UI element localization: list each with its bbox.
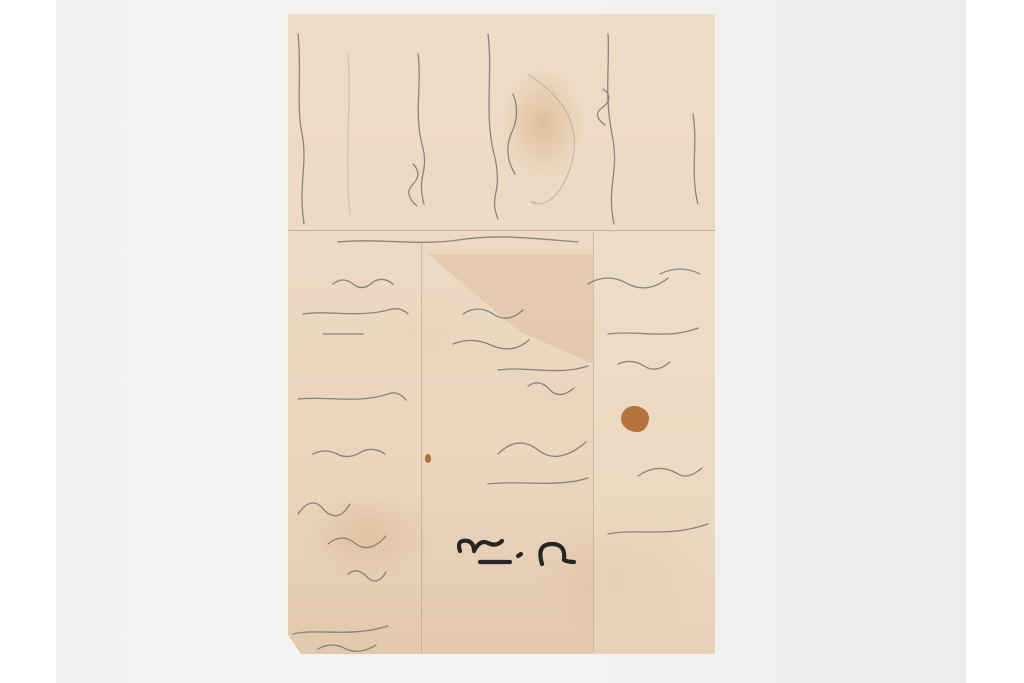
handwriting-marks [288,14,715,654]
antique-paper-sheet [288,14,715,654]
